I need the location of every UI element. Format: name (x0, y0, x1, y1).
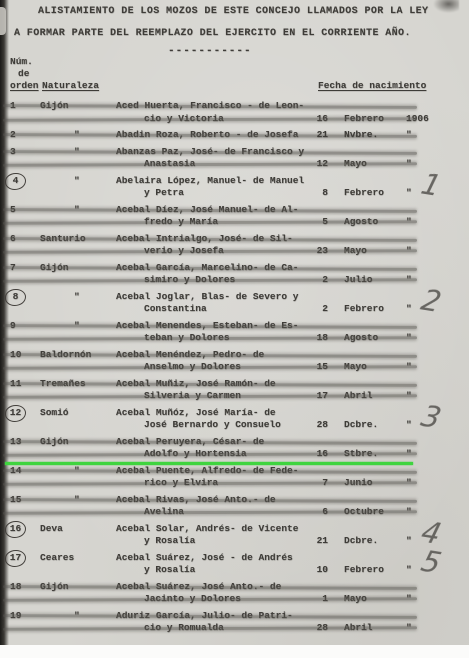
birth-day: 2 (298, 274, 328, 287)
person-name-line2: teban y Dolores (144, 332, 230, 345)
birth-day: 8 (298, 187, 328, 200)
person-name-line1: Acebal García, Marcelino- de Ca- (116, 262, 298, 275)
person-name-line2: cio y Romualda (144, 622, 224, 635)
birth-year: " (406, 245, 412, 258)
birth-month: Abril (344, 622, 373, 635)
row-number: 19 (10, 610, 34, 623)
person-name-line1: Acebal Puente, Alfredo- de Fede- (116, 465, 298, 478)
birth-year: " (406, 622, 412, 635)
birth-month: Agosto (344, 216, 378, 229)
row-number: 5 (10, 204, 34, 217)
birth-month: Febrero (344, 564, 384, 577)
birth-day: 17 (298, 390, 328, 403)
table-row: 17 Ceares Acebal Suárez, José - de André… (8, 552, 461, 577)
place-name: " (40, 204, 120, 217)
row-number: 3 (10, 146, 34, 159)
person-name-line2: Avelina (144, 506, 184, 519)
person-name-line1: Abelaira López, Manuel- de Manuel (116, 175, 304, 188)
person-name-line2: verio y Josefa (144, 245, 224, 258)
row-number: 14 (10, 465, 34, 478)
birth-month: Julio (344, 274, 373, 287)
person-name-line2: José Bernardo y Consuelo (144, 419, 281, 432)
table-row: 3 " Abanzas Paz, José- de Francisco y An… (8, 146, 461, 171)
row-number: 11 (10, 378, 34, 391)
row-number: 10 (10, 349, 34, 362)
person-name-line1: Acebal Suárez, José - de Andrés (116, 552, 293, 565)
person-name-line1: Acebal Menendes, Esteban- de Es- (116, 320, 298, 333)
document-title-line2: A FORMAR PARTE DEL REEMPLAZO DEL EJERCIT… (14, 28, 411, 39)
birth-year: " (406, 274, 412, 287)
person-name-line1: Acebal Solar, Andrés- de Vicente (116, 523, 298, 536)
birth-month: Mayo (344, 158, 367, 171)
birth-month: Stbre. (344, 448, 378, 461)
table-row: 7 Gijón Acebal García, Marcelino- de Ca-… (8, 262, 461, 287)
column-header-birthdate: Fecha de nacimiento (318, 80, 426, 91)
place-name: " (40, 146, 120, 159)
birth-year: " (406, 506, 412, 519)
birth-month: Febrero (344, 113, 384, 126)
birth-year: " (406, 303, 412, 316)
scan-bottom-margin (0, 645, 469, 658)
birth-day: 15 (298, 361, 328, 374)
table-row: 13 Gijón Acebal Peruyera, César- de Adol… (8, 436, 461, 461)
place-name: Somió (40, 407, 120, 420)
table-row: 6 Santurio Acebal Intrialgo, José- de Si… (8, 233, 461, 258)
birth-year: " (406, 361, 412, 374)
person-name-line2: Jacinto y Dolores (144, 593, 241, 606)
table-row: 4 " Abelaira López, Manuel- de Manuel y … (8, 175, 461, 200)
person-name-line2: Adolfo y Hortensia (144, 448, 247, 461)
birth-day: 16 (298, 113, 328, 126)
birth-year: " (406, 477, 412, 490)
person-name-line2: Constantina (144, 303, 207, 316)
birth-month: Nvbre. (344, 129, 378, 142)
birth-year: " (406, 216, 412, 229)
birth-day: 18 (298, 332, 328, 345)
birth-month: Febrero (344, 303, 384, 316)
row-number: 13 (10, 436, 34, 449)
column-header-number-line2: de (18, 68, 39, 80)
table-body: 1 Gijón Aced Huerta, Francisco - de Leon… (8, 100, 461, 639)
table-row: 10 Baldornón Acebal Menéndez, Pedro- de … (8, 349, 461, 374)
place-name: Ceares (40, 552, 120, 565)
birth-month: Febrero (344, 187, 384, 200)
birth-year: " (406, 390, 412, 403)
row-number: 6 (10, 233, 34, 246)
place-name: " (40, 465, 120, 478)
person-name-line2: simiro y Dolores (144, 274, 235, 287)
person-name-line1: Acebal Rivas, José Anto.- de (116, 494, 276, 507)
place-name: " (40, 320, 120, 333)
birth-year: 1906 (406, 113, 429, 126)
row-number: 15 (10, 494, 34, 507)
birth-day: 21 (298, 535, 328, 548)
person-name-line1: Acebal Muñiz, José Ramón- de (116, 378, 276, 391)
table-row: 14 " Acebal Puente, Alfredo- de Fede- ri… (8, 465, 461, 490)
person-name-line1: Acebal Joglar, Blas- de Severo y (116, 291, 298, 304)
person-name-line2: Silveria y Carmen (144, 390, 241, 403)
row-number: 18 (10, 581, 34, 594)
birth-day: 10 (298, 564, 328, 577)
scanned-document-page: ALISTAMIENTO DE LOS MOZOS DE ESTE CONCEJ… (0, 0, 469, 658)
table-row: 18 Gijón Acebal Suárez, José Anto.- de J… (8, 581, 461, 606)
place-name: " (40, 494, 120, 507)
birth-month: Mayo (344, 245, 367, 258)
row-number: 7 (10, 262, 34, 275)
birth-month: Agosto (344, 332, 378, 345)
person-name-line2: fredo y María (144, 216, 218, 229)
birth-year: " (406, 419, 412, 432)
birth-day: 23 (298, 245, 328, 258)
birth-year: " (406, 593, 412, 606)
table-row: 1 Gijón Aced Huerta, Francisco - de Leon… (8, 100, 461, 125)
birth-month: Octubre (344, 506, 384, 519)
person-name-line2: Anastasia (144, 158, 195, 171)
table-row: 19 " Aduriz García, Julio- de Patri- cio… (8, 610, 461, 635)
person-name-line1: Aduriz García, Julio- de Patri- (116, 610, 293, 623)
table-row: 15 " Acebal Rivas, José Anto.- de Avelin… (8, 494, 461, 519)
person-name-line2: rico y Elvira (144, 477, 218, 490)
birth-month: Junio (344, 477, 373, 490)
person-name-line2: y Petra (144, 187, 184, 200)
column-header-number: Núm. de orden (10, 56, 39, 92)
birth-month: Abril (344, 390, 373, 403)
person-name-line1: Acebal Suárez, José Anto.- de (116, 581, 281, 594)
table-row: 2 " Abadin Roza, Roberto - de Josefa 21 … (8, 129, 461, 142)
table-row: 16 Deva Acebal Solar, Andrés- de Vicente… (8, 523, 461, 548)
birth-month: Dcbre. (344, 419, 378, 432)
birth-year: " (406, 187, 412, 200)
birth-day: 16 (298, 448, 328, 461)
column-header-place: Naturaleza (42, 80, 99, 91)
person-name-line1: Acebal Peruyera, César- de (116, 436, 264, 449)
table-row: 8 " Acebal Joglar, Blas- de Severo y Con… (8, 291, 461, 316)
birth-day: 28 (298, 622, 328, 635)
birth-year: " (406, 129, 412, 142)
place-name: " (40, 291, 120, 304)
row-number: 9 (10, 320, 34, 333)
person-name-line1: Acebal Menéndez, Pedro- de (116, 349, 264, 362)
column-header-number-line3: orden (10, 80, 39, 92)
birth-day: 7 (298, 477, 328, 490)
birth-year: " (406, 535, 412, 548)
birth-day: 5 (298, 216, 328, 229)
birth-month: Mayo (344, 593, 367, 606)
place-name: Baldornón (40, 349, 120, 362)
document-title-line1: ALISTAMIENTO DE LOS MOZOS DE ESTE CONCEJ… (38, 6, 428, 17)
birth-day: 1 (298, 593, 328, 606)
place-name: Deva (40, 523, 120, 536)
person-name-line1: Aced Huerta, Francisco - de Leon- (116, 100, 304, 113)
birth-month: Mayo (344, 361, 367, 374)
birth-day: 2 (298, 303, 328, 316)
person-name-line2: y Rosalía (144, 535, 195, 548)
birth-year: " (406, 564, 412, 577)
person-name-line1: Acebal Muñóz, José María- de (116, 407, 276, 420)
person-name-line1: Acebal Intrialgo, José- de Sil- (116, 233, 293, 246)
place-name: " (40, 175, 120, 188)
birth-year: " (406, 448, 412, 461)
birth-day: 6 (298, 506, 328, 519)
person-name-line1: Acebal Díez, José Manuel- de Al- (116, 204, 298, 217)
birth-day: 21 (298, 129, 328, 142)
birth-day: 28 (298, 419, 328, 432)
table-row: 5 " Acebal Díez, José Manuel- de Al- fre… (8, 204, 461, 229)
table-row: 9 " Acebal Menendes, Esteban- de Es- teb… (8, 320, 461, 345)
place-name: Gijón (40, 436, 120, 449)
person-name-line2: y Rosalía (144, 564, 195, 577)
person-name-line2: Anselmo y Dolores (144, 361, 241, 374)
place-name: Tremañes (40, 378, 120, 391)
paper-notch (0, 7, 6, 35)
table-row: 11 Tremañes Acebal Muñiz, José Ramón- de… (8, 378, 461, 403)
birth-day: 12 (298, 158, 328, 171)
place-name: Santurio (40, 233, 120, 246)
column-header-number-line1: Núm. (10, 56, 39, 68)
place-name: Gijón (40, 581, 120, 594)
title-divider: ----------- (168, 45, 252, 57)
table-row: 12 Somió Acebal Muñóz, José María- de Jo… (8, 407, 461, 432)
row-number: 1 (10, 100, 34, 113)
person-name-line1: Abanzas Paz, José- de Francisco y (116, 146, 304, 159)
place-name: Gijón (40, 100, 120, 113)
place-name: Gijón (40, 262, 120, 275)
birth-month: Dcbre. (344, 535, 378, 548)
person-name-line2: cio y Victoria (144, 113, 224, 126)
birth-year: " (406, 158, 412, 171)
birth-year: " (406, 332, 412, 345)
ink-smudge (433, 0, 459, 13)
place-name: " (40, 610, 120, 623)
